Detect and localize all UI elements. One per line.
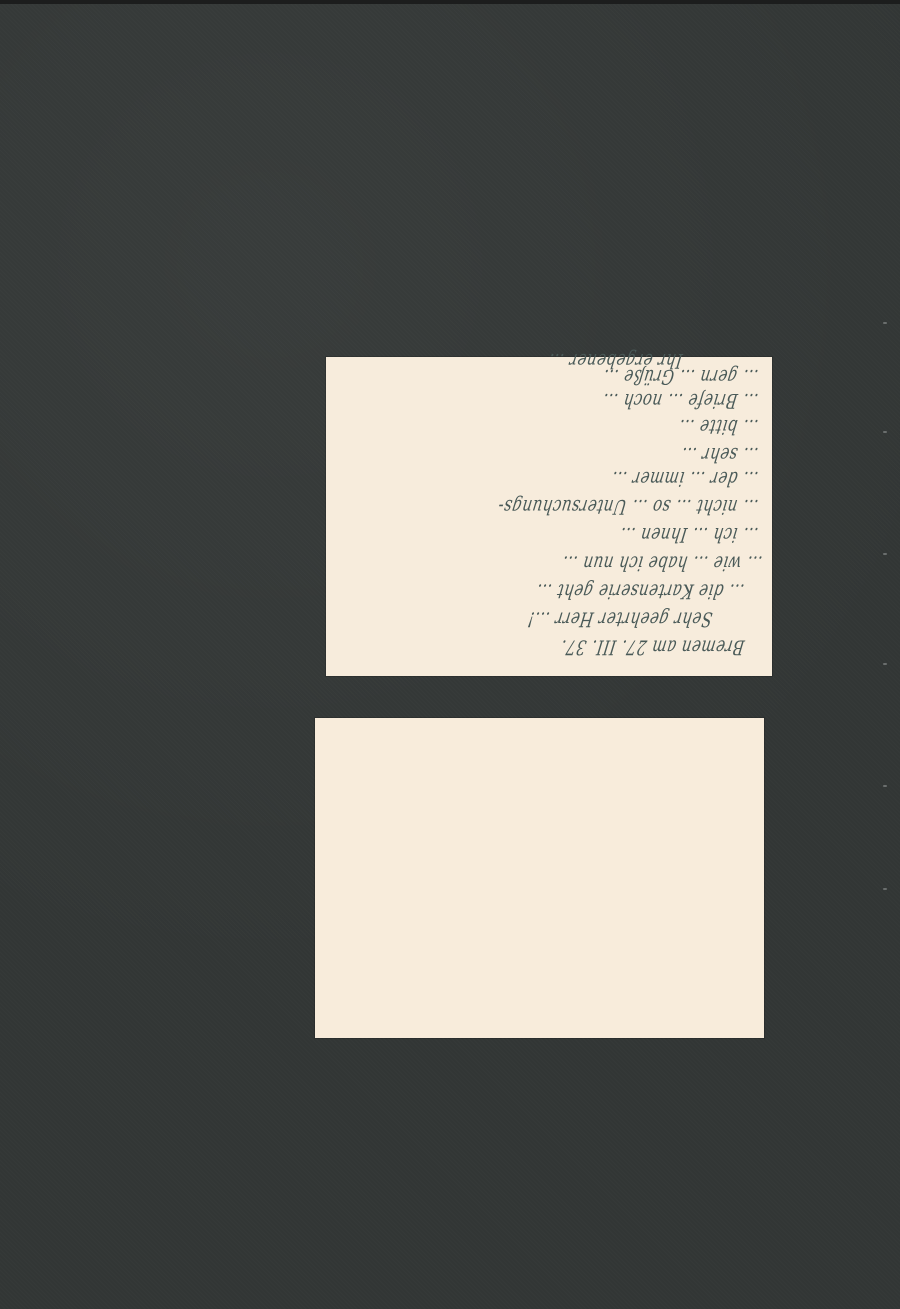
handwritten-line: Ihr ergebener …: [547, 349, 684, 373]
handwritten-line: Sehr geehrter Herr …!: [526, 607, 714, 631]
handwritten-line: … ich … Ihnen …: [618, 523, 760, 547]
punch-mark: [883, 663, 887, 665]
handwritten-line: … sehr …: [679, 443, 760, 467]
postcard-blank: [315, 718, 764, 1038]
punch-mark: [883, 322, 887, 324]
punch-mark: [883, 785, 887, 787]
handwritten-text-rotated: Bremen am 27. III. 37. Sehr geehrter Her…: [326, 357, 772, 676]
handwritten-line: Bremen am 27. III. 37.: [559, 635, 746, 659]
handwritten-line: … die Kartenserie geht …: [534, 579, 746, 603]
postcard-handwritten: Bremen am 27. III. 37. Sehr geehrter Her…: [326, 357, 772, 676]
handwritten-line: … der … immer …: [610, 467, 760, 491]
handwritten-line: … Briefe … noch …: [600, 389, 759, 413]
handwritten-line: … bitte …: [677, 415, 760, 439]
handwritten-line: … nicht … so … Untersuchungs-: [496, 495, 760, 519]
handwritten-line: … wie … habe ich nun …: [560, 551, 764, 575]
punch-mark: [883, 431, 887, 433]
punch-mark: [883, 553, 887, 555]
punch-mark: [883, 888, 887, 890]
